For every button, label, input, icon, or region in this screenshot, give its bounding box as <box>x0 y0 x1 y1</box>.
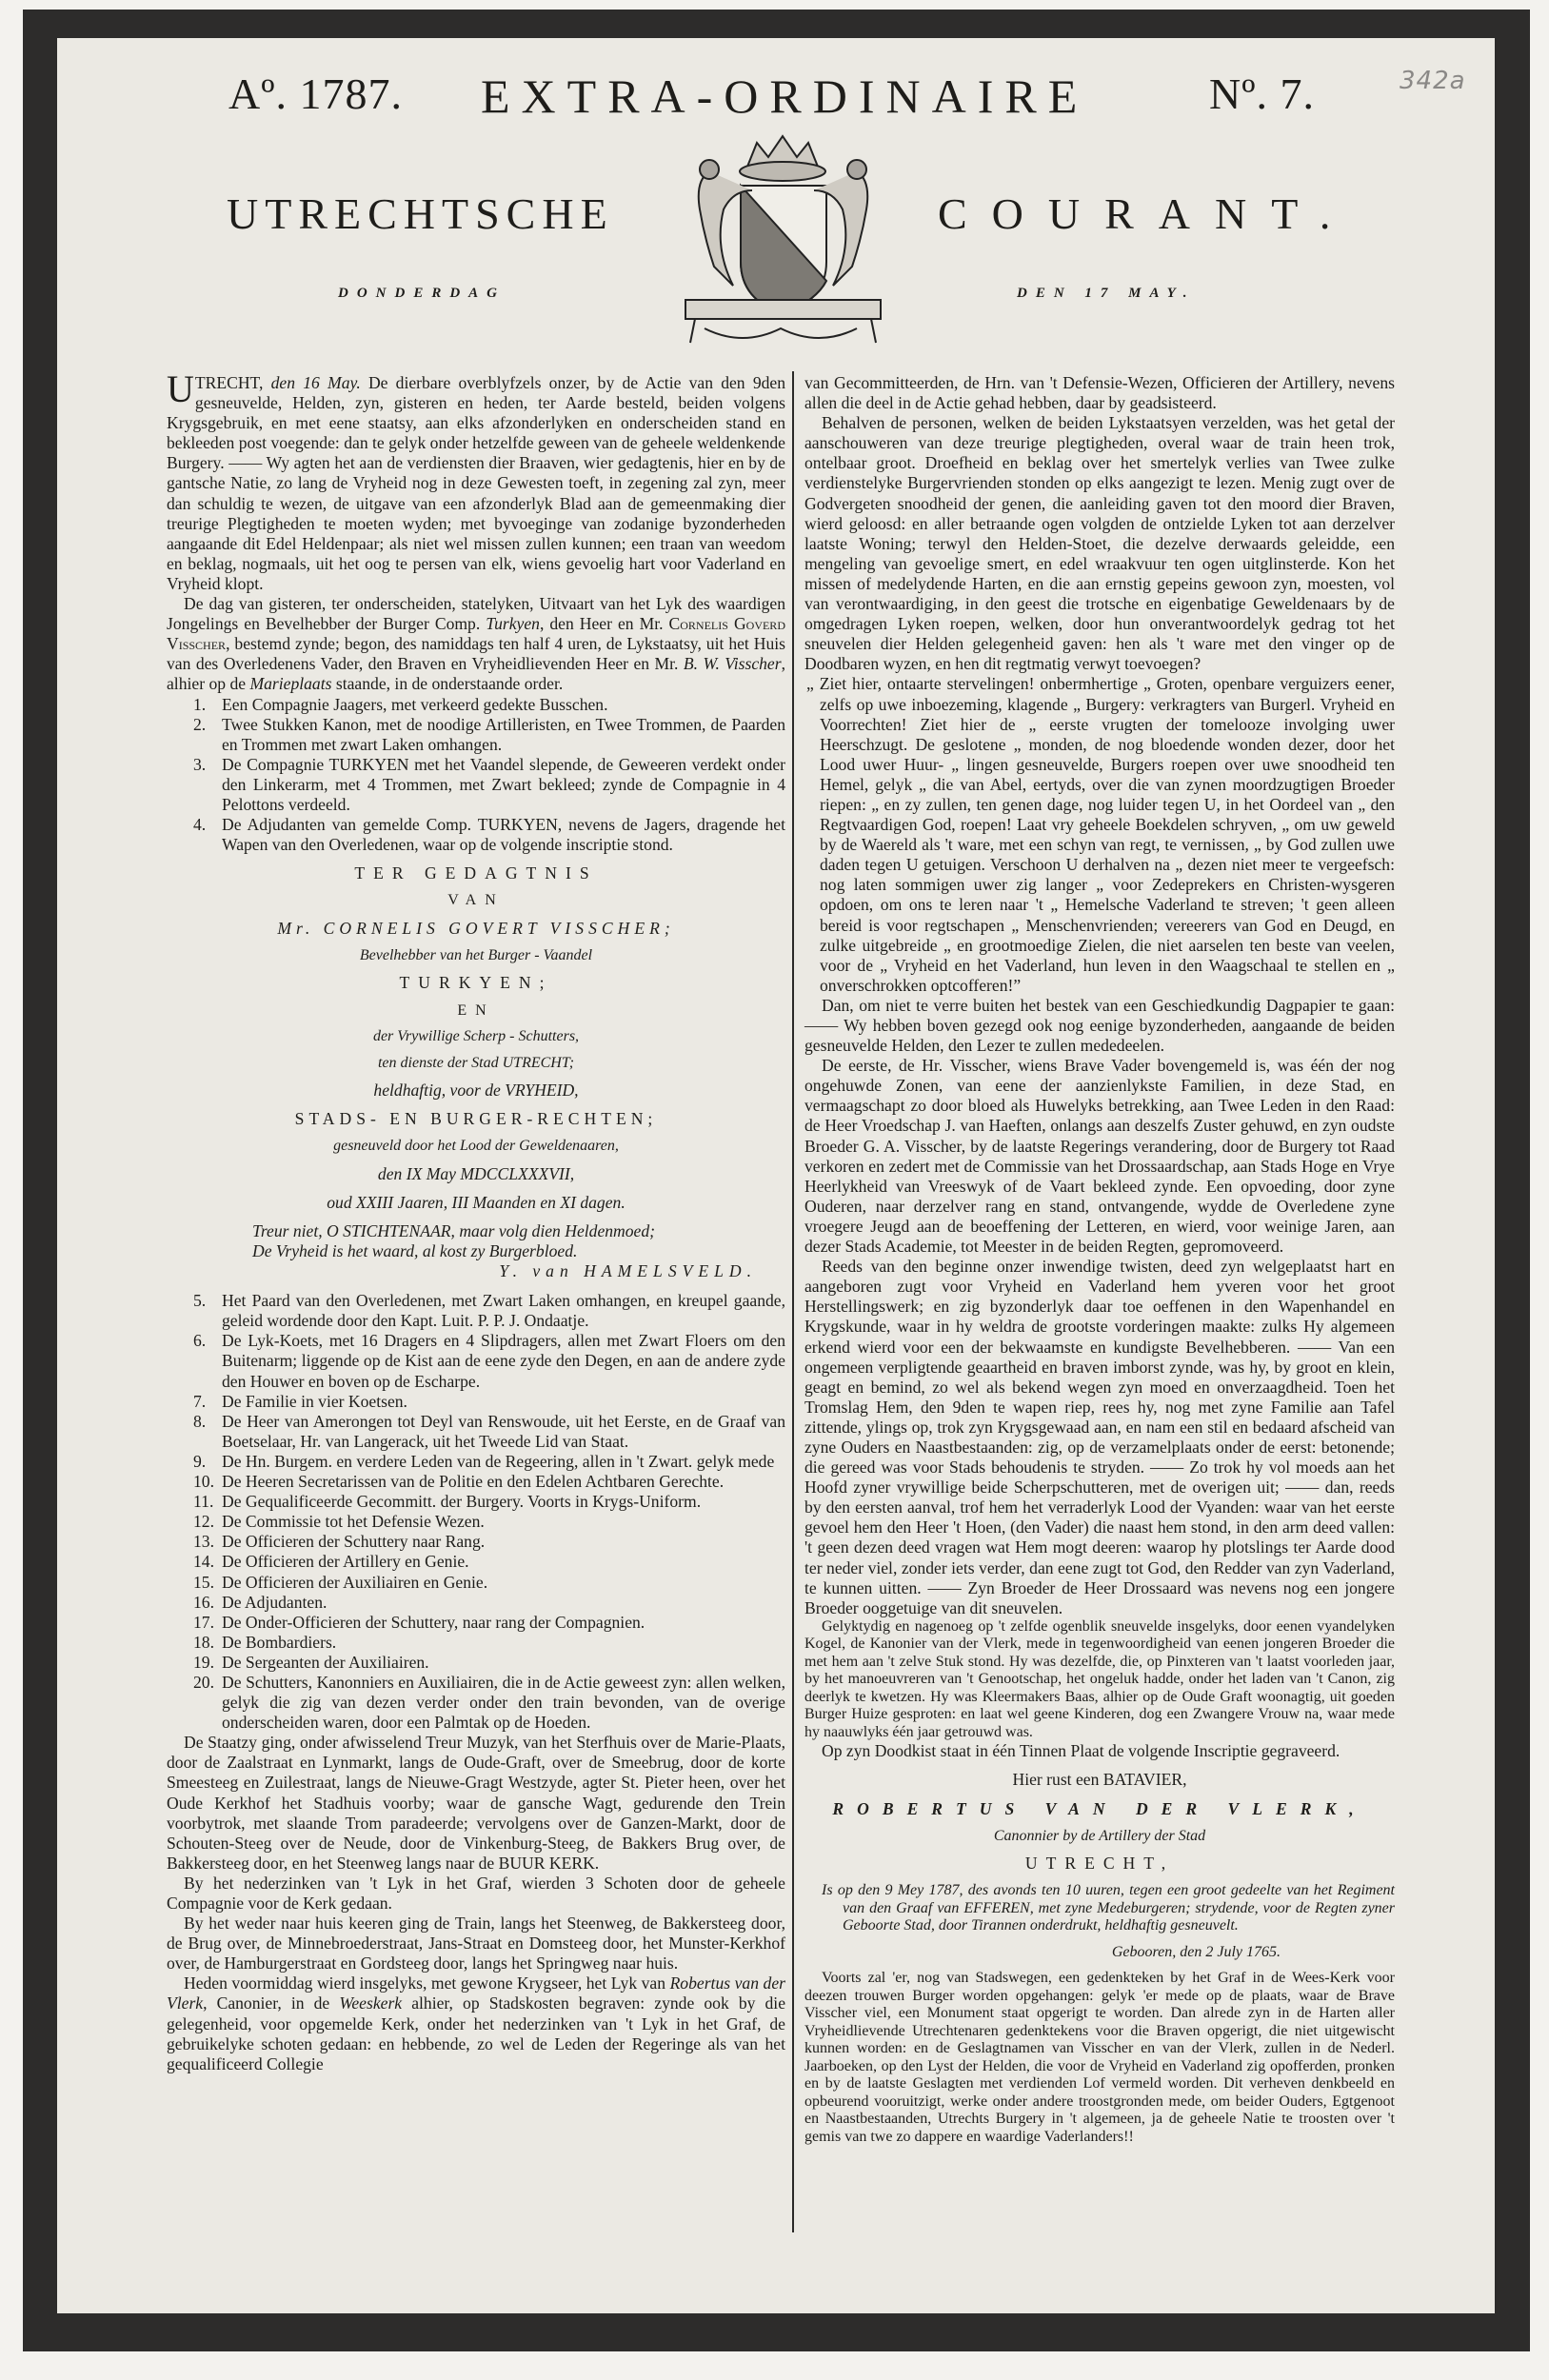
visscher-epitaph: TER GEDAGTNIS VAN Mr. CORNELIS GOVERT VI… <box>167 863 785 1213</box>
transition-paragraph: Dan, om niet te verre buiten het bestek … <box>804 996 1395 1056</box>
column-divider <box>792 371 794 2232</box>
order-item: 11.De Gequalificeerde Gecommitt. der Bur… <box>167 1492 785 1512</box>
burial-paragraph: By het nederzinken van 't Lyk in het Gra… <box>167 1874 785 1914</box>
procession-order-list-2: 5.Het Paard van den Overledenen, met Zwa… <box>167 1291 785 1733</box>
order-item: 13.De Officieren der Schuttery naar Rang… <box>167 1532 785 1552</box>
coat-of-arms-icon <box>666 114 900 352</box>
masthead-day: DONDERDAG <box>338 286 506 302</box>
right-column: van Gecommitteerden, de Hrn. van 't Defe… <box>804 373 1395 2146</box>
order-item: 12.De Commissie tot het Defensie Wezen. <box>167 1512 785 1532</box>
drop-cap: U <box>167 375 194 404</box>
intro-paragraph: UTRECHT, den 16 May. De dierbare overbly… <box>167 373 785 594</box>
order-item: 10.De Heeren Secretarissen van de Politi… <box>167 1472 785 1492</box>
procession-order-list-1: 1.Een Compagnie Jaagers, met verkeerd ge… <box>167 695 785 856</box>
order-item: 14.De Officieren der Artillery en Genie. <box>167 1552 785 1572</box>
left-column: UTRECHT, den 16 May. De dierbare overbly… <box>167 373 785 2074</box>
visscher-biography: De eerste, de Hr. Visscher, wiens Brave … <box>804 1056 1395 1257</box>
order-item: 20.De Schutters, Kanonniers en Auxiliair… <box>167 1673 785 1733</box>
funeral-paragraph: De dag van gisteren, ter onderscheiden, … <box>167 594 785 694</box>
order-item: 17.De Onder-Officieren der Schuttery, na… <box>167 1613 785 1633</box>
masthead-title-left: UTRECHTSCHE <box>227 188 614 239</box>
second-burial-paragraph: Heden voormiddag wierd insgelyks, met ge… <box>167 1973 785 2073</box>
inscription-intro: Op zyn Doodkist staat in één Tinnen Plaa… <box>804 1741 1395 1761</box>
mourning-paragraph: Behalven de personen, welken de beiden L… <box>804 413 1395 674</box>
order-item: 3.De Compagnie TURKYEN met het Vaandel s… <box>167 755 785 815</box>
order-item: 16.De Adjudanten. <box>167 1593 785 1613</box>
order-item: 1.Een Compagnie Jaagers, met verkeerd ge… <box>167 695 785 715</box>
order-item: 4.De Adjudanten van gemelde Comp. TURKYE… <box>167 815 785 855</box>
return-route-paragraph: By het weder naar huis keeren ging de Tr… <box>167 1914 785 1973</box>
order-item: 6.De Lyk-Koets, met 16 Dragers en 4 Slip… <box>167 1331 785 1391</box>
order-item: 18.De Bombardiers. <box>167 1633 785 1653</box>
archive-handwritten-number: 342a <box>1400 67 1466 95</box>
procession-route-paragraph: De Staatzy ging, onder afwisselend Treur… <box>167 1733 785 1874</box>
masthead-number: Nº. 7. <box>1209 69 1315 119</box>
order-item: 2.Twee Stukken Kanon, met de noodige Art… <box>167 715 785 755</box>
visscher-death-paragraph: Reeds van den beginne onzer inwendige tw… <box>804 1257 1395 1618</box>
quoted-address: „ Ziet hier, ontaarte stervelingen! onbe… <box>804 674 1395 996</box>
van-der-vlerk-paragraph: Gelyktydig en nagenoeg op 't zelfde ogen… <box>804 1618 1395 1742</box>
order-item: 19.De Sergeanten der Auxiliairen. <box>167 1653 785 1673</box>
order-item: 5.Het Paard van den Overledenen, met Zwa… <box>167 1291 785 1331</box>
order-item: 9.De Hn. Burgem. en verdere Leden van de… <box>167 1452 785 1472</box>
order-item: 7.De Familie in vier Koetsen. <box>167 1392 785 1412</box>
masthead-date: DEN 17 MAY. <box>1017 286 1195 302</box>
verse: Treur niet, O STICHTENAAR, maar volg die… <box>167 1221 785 1281</box>
memorial-paragraph: Voorts zal 'er, nog van Stadswegen, een … <box>804 1970 1395 2146</box>
order-item: 8.De Heer van Amerongen tot Deyl van Ren… <box>167 1412 785 1452</box>
order-item: 15.De Officieren der Auxiliairen en Geni… <box>167 1573 785 1593</box>
van-der-vlerk-inscription: Hier rust een BATAVIER, ROBERTUS VAN DER… <box>804 1770 1395 1961</box>
continuation-paragraph: van Gecommitteerden, de Hrn. van 't Defe… <box>804 373 1395 413</box>
masthead-title-right: COURANT. <box>938 188 1355 239</box>
masthead-year: Aº. 1787. <box>228 69 403 119</box>
